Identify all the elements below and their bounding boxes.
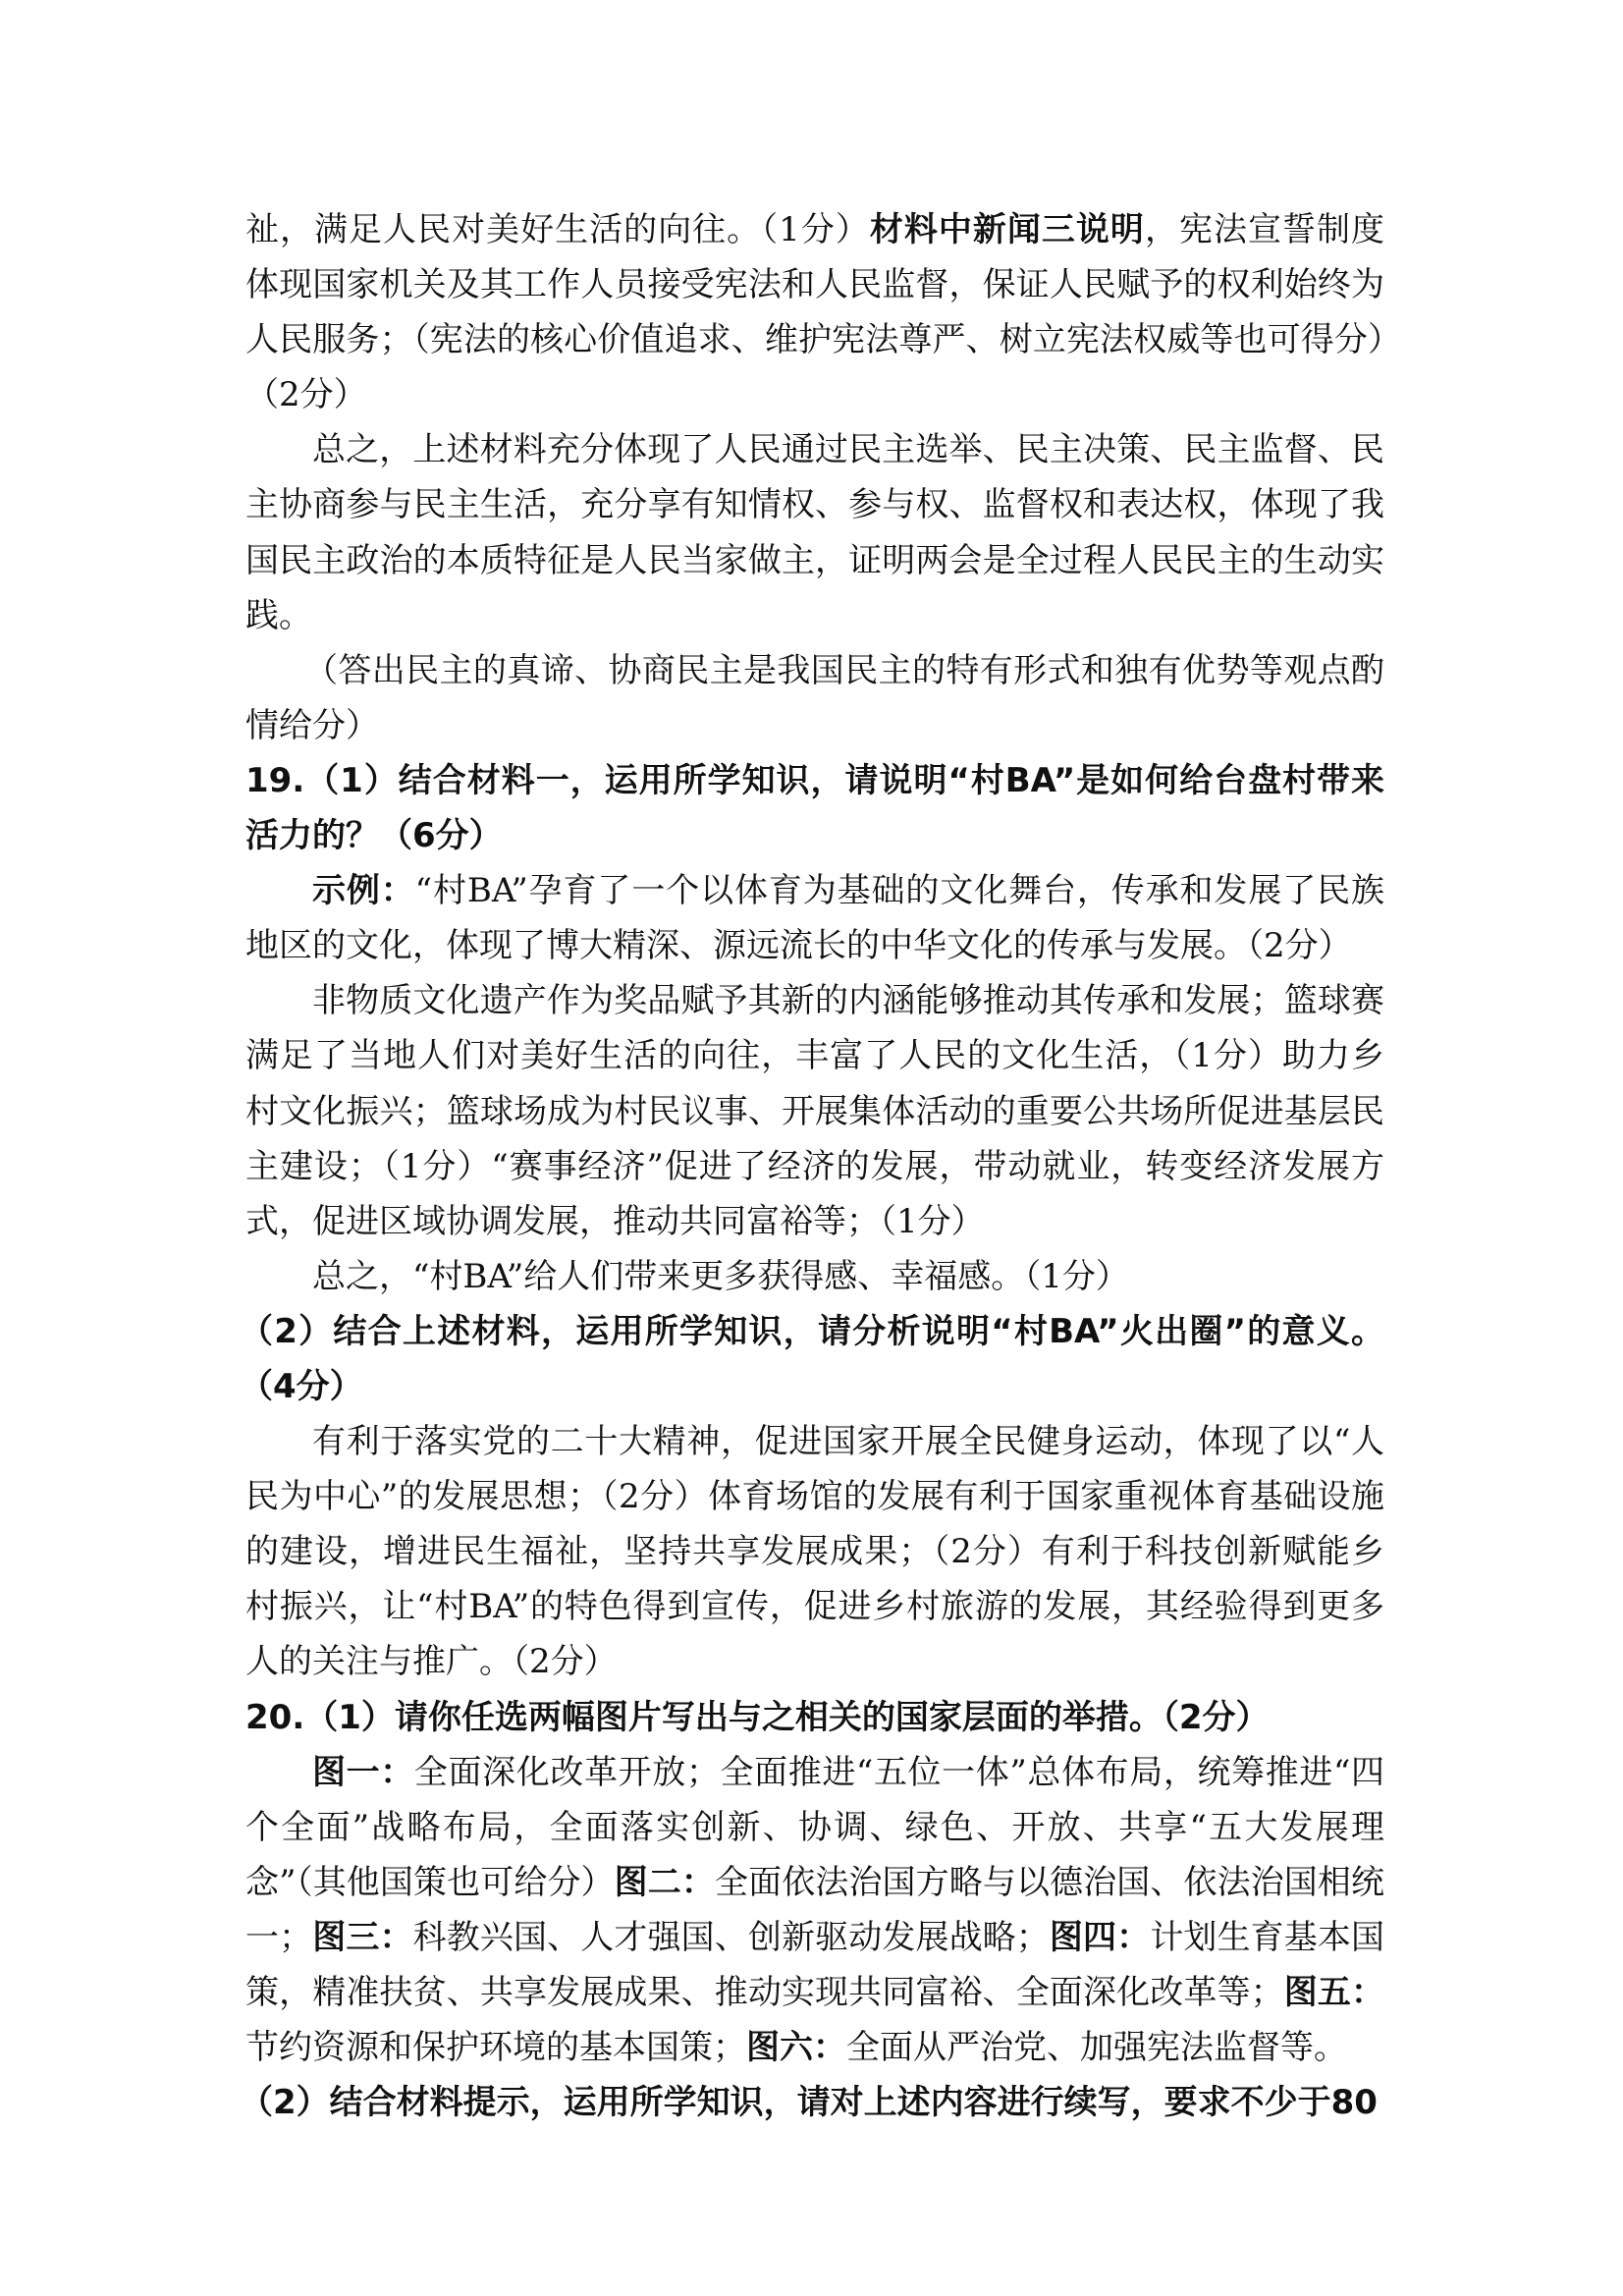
question-20-part-1: 20.（1）请你任选两幅图片写出与之相关的国家层面的举措。（2分） [245,1690,1384,1745]
q19-answer-paragraph-2: 非物质文化遗产作为奖品赋予其新的内涵能够推动其传承和发展；篮球赛满足了当地人们对… [245,973,1384,1248]
scoring-note: （答出民主的真谛、协商民主是我国民主的特有形式和独有优势等观点酌情给分） [245,643,1384,753]
answer-key-page: 祉，满足人民对美好生活的向往。（1分）材料中新闻三说明，宪法宣誓制度体现国家机关… [245,202,1384,2130]
example-label: 示例： [312,871,415,910]
figure-2-label: 图二： [615,1863,715,1902]
question-19-part-1: 19.（1）结合材料一，运用所学知识，请说明“村BA”是如何给台盘村带来活力的？… [245,753,1384,863]
q20-figure-answers: 图一：全面深化改革开放；全面推进“五位一体”总体布局，统筹推进“四个全面”战略布… [245,1745,1384,2076]
figure-6-label: 图六： [746,2028,846,2067]
q19-part-2-answer: 有利于落实党的二十大精神，促进国家开展全民健身运动，体现了以“人民为中心”的发展… [245,1414,1384,1689]
question-20-part-2: （2）结合材料提示，运用所学知识，请对上述内容进行续写，要求不少于80 [240,2075,1384,2130]
q19-answer-summary: 总之，“村BA”给人们带来更多获得感、幸福感。（1分） [245,1249,1384,1304]
figure-1-label: 图一： [312,1753,414,1792]
bold-phrase-news-three: 材料中新闻三说明 [870,210,1145,249]
question-19-part-2: （2）结合上述材料，运用所学知识，请分析说明“村BA”火出圈”的意义。（4分） [240,1304,1384,1414]
q19-example-answer: 示例：“村BA”孕育了一个以体育为基础的文化舞台，传承和发展了民族地区的文化，体… [245,863,1384,973]
figure-4-label: 图四： [1050,1918,1151,1957]
answer-paragraph-summary: 总之，上述材料充分体现了人民通过民主选举、民主决策、民主监督、民主协商参与民主生… [245,422,1384,642]
answer-paragraph-constitution: 祉，满足人民对美好生活的向往。（1分）材料中新闻三说明，宪法宣誓制度体现国家机关… [245,202,1384,422]
figure-3-label: 图三： [312,1918,413,1957]
figure-5-label: 图五： [1284,1973,1384,2012]
